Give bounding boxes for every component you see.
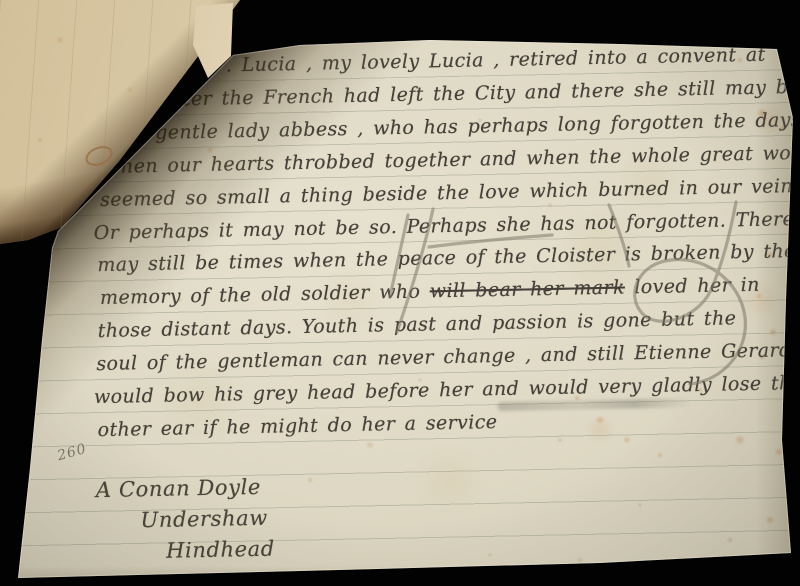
manuscript-photo: the town . Lucia , my lovely Lucia , ret… <box>0 0 800 586</box>
signature-place: Hindhead <box>166 537 275 563</box>
signature-name: A Conan Doyle <box>96 475 262 502</box>
line-text: loved her in <box>625 274 760 299</box>
struck-text: will bear her mark <box>430 277 626 303</box>
signature-house: Undershaw <box>140 506 268 533</box>
